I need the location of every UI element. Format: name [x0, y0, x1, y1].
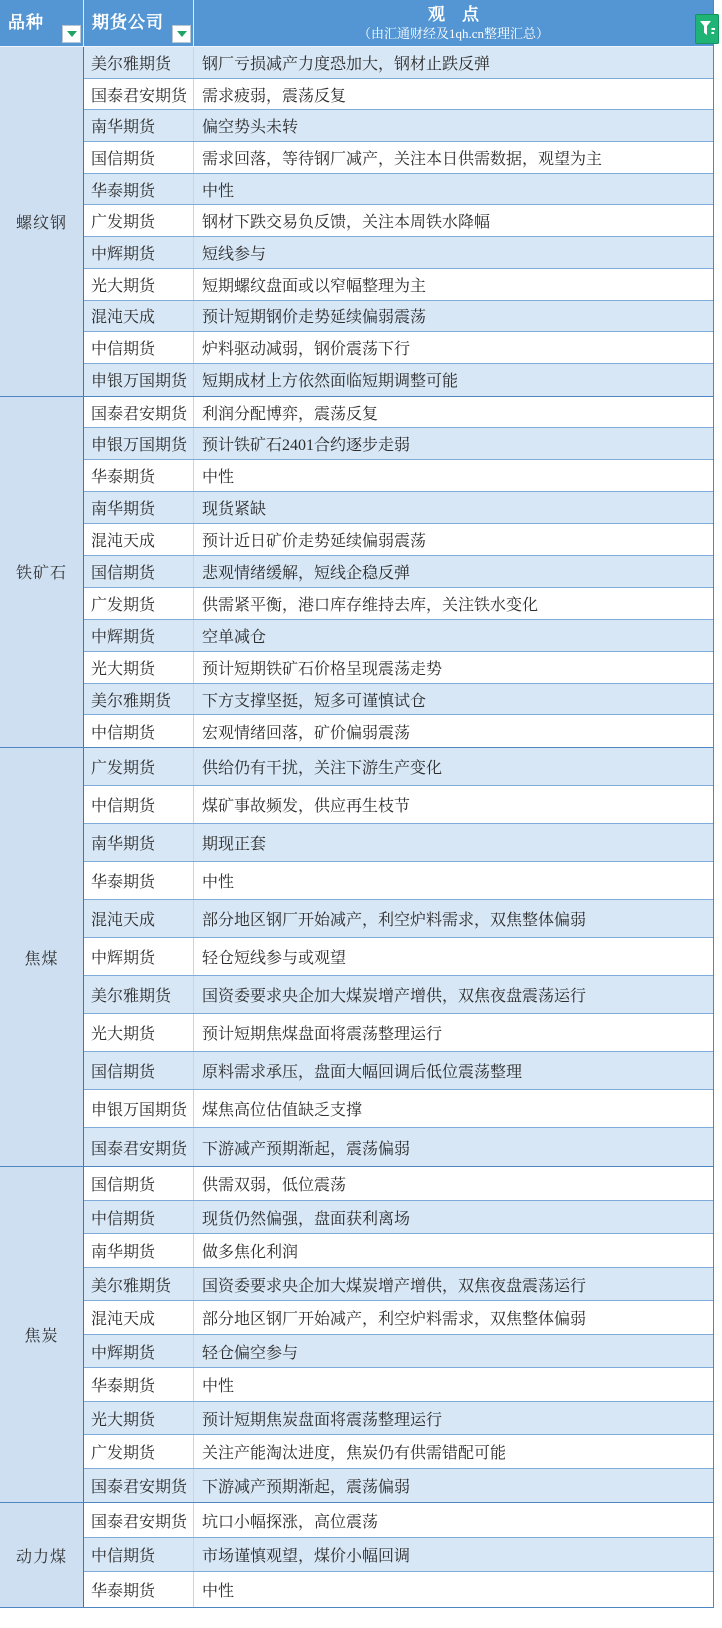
chevron-down-icon — [67, 31, 77, 37]
company-cell: 国信期货 — [84, 142, 194, 173]
table-header-row: 品种 期货公司 观 点 （由汇通财经及1qh.cn整理汇总） — [0, 0, 713, 47]
company-cell: 中信期货 — [84, 786, 194, 823]
table-row: 光大期货 预计短期焦炭盘面将震荡整理运行 — [84, 1402, 713, 1436]
view-cell: 供需紧平衡，港口库存维持去库，关注铁水变化 — [194, 592, 713, 615]
company-cell: 中信期货 — [84, 332, 194, 363]
view-cell: 预计短期钢价走势延续偏弱震荡 — [194, 304, 713, 327]
company-cell: 国泰君安期货 — [84, 397, 194, 428]
view-cell: 轻仓短线参与或观望 — [194, 945, 713, 968]
view-cell: 国资委要求央企加大煤炭增产增供，双焦夜盘震荡运行 — [194, 1273, 713, 1296]
view-cell: 中性 — [194, 1578, 713, 1601]
table-row: 申银万国期货 短期成材上方依然面临短期调整可能 — [84, 364, 713, 396]
table-row: 国泰君安期货 坑口小幅探涨，高位震荡 — [84, 1503, 713, 1538]
variety-cell: 焦煤 — [0, 748, 84, 1166]
company-cell: 国泰君安期货 — [84, 1469, 194, 1503]
view-cell: 下游减产预期渐起，震荡偏弱 — [194, 1474, 713, 1497]
view-cell: 做多焦化利润 — [194, 1239, 713, 1262]
table-row: 国信期货 悲观情绪缓解，短线企稳反弹 — [84, 556, 713, 588]
view-cell: 坑口小幅探涨，高位震荡 — [194, 1509, 713, 1532]
commodity-section: 铁矿石 国泰君安期货 利润分配博弈，震荡反复 申银万国期货 预计铁矿石2401合… — [0, 397, 713, 749]
table-row: 中信期货 市场谨慎观望，煤价小幅回调 — [84, 1538, 713, 1573]
commodity-section: 动力煤 国泰君安期货 坑口小幅探涨，高位震荡 中信期货 市场谨慎观望，煤价小幅回… — [0, 1503, 713, 1607]
variety-cell: 螺纹钢 — [0, 47, 84, 396]
company-cell: 国信期货 — [84, 1167, 194, 1200]
view-cell: 炉料驱动减弱，钢价震荡下行 — [194, 336, 713, 359]
table-row: 广发期货 钢材下跌交易负反馈，关注本周铁水降幅 — [84, 205, 713, 237]
company-filter-dropdown[interactable] — [172, 25, 191, 43]
view-cell: 供需双弱，低位震荡 — [194, 1172, 713, 1195]
table-row: 美尔雅期货 国资委要求央企加大煤炭增产增供，双焦夜盘震荡运行 — [84, 1268, 713, 1302]
company-cell: 广发期货 — [84, 748, 194, 785]
view-cell: 下游减产预期渐起，震荡偏弱 — [194, 1136, 713, 1159]
view-cell: 短期螺纹盘面或以窄幅整理为主 — [194, 273, 713, 296]
company-cell: 混沌天成 — [84, 1301, 194, 1334]
company-cell: 华泰期货 — [84, 1572, 194, 1607]
company-cell: 中辉期货 — [84, 938, 194, 975]
view-cell: 短线参与 — [194, 241, 713, 264]
table-row: 中信期货 宏观情绪回落，矿价偏弱震荡 — [84, 715, 713, 747]
company-cell: 南华期货 — [84, 824, 194, 861]
company-cell: 国信期货 — [84, 1052, 194, 1089]
company-cell: 华泰期货 — [84, 460, 194, 491]
table-row: 南华期货 现货紧缺 — [84, 492, 713, 524]
company-cell: 混沌天成 — [84, 900, 194, 937]
company-cell: 南华期货 — [84, 110, 194, 141]
view-cell: 部分地区钢厂开始减产，利空炉料需求，双焦整体偏弱 — [194, 1306, 713, 1329]
table-row: 美尔雅期货 钢厂亏损减产力度恐加大，钢材止跌反弹 — [84, 47, 713, 79]
variety-cell: 动力煤 — [0, 1503, 84, 1607]
company-cell: 广发期货 — [84, 205, 194, 236]
view-cell: 预计短期焦炭盘面将震荡整理运行 — [194, 1407, 713, 1430]
company-cell: 国泰君安期货 — [84, 1503, 194, 1537]
commodity-section: 焦炭 国信期货 供需双弱，低位震荡 中信期货 现货仍然偏强，盘面获利离场 南华期… — [0, 1167, 713, 1503]
company-cell: 华泰期货 — [84, 174, 194, 205]
view-cell: 部分地区钢厂开始减产，利空炉料需求，双焦整体偏弱 — [194, 907, 713, 930]
view-cell: 宏观情绪回落，矿价偏弱震荡 — [194, 720, 713, 743]
section-rows: 国泰君安期货 利润分配博弈，震荡反复 申银万国期货 预计铁矿石2401合约逐步走… — [84, 397, 713, 748]
company-cell: 中辉期货 — [84, 237, 194, 268]
variety-cell: 焦炭 — [0, 1167, 84, 1502]
company-cell: 光大期货 — [84, 652, 194, 683]
view-cell: 供给仍有干扰，关注下游生产变化 — [194, 755, 713, 778]
company-cell: 混沌天成 — [84, 301, 194, 332]
company-cell: 中辉期货 — [84, 620, 194, 651]
company-cell: 南华期货 — [84, 1234, 194, 1267]
view-cell: 中性 — [194, 464, 713, 487]
table-row: 南华期货 期现正套 — [84, 824, 713, 862]
company-cell: 中信期货 — [84, 1201, 194, 1234]
table-row: 混沌天成 预计短期钢价走势延续偏弱震荡 — [84, 301, 713, 333]
view-cell: 下方支撑坚挺，短多可谨慎试仓 — [194, 688, 713, 711]
commodity-section: 螺纹钢 美尔雅期货 钢厂亏损减产力度恐加大，钢材止跌反弹 国泰君安期货 需求疲弱… — [0, 47, 713, 397]
table-row: 南华期货 做多焦化利润 — [84, 1234, 713, 1268]
table-row: 光大期货 预计短期铁矿石价格呈现震荡走势 — [84, 652, 713, 684]
company-cell: 中信期货 — [84, 1538, 194, 1572]
table-row: 南华期货 偏空势头未转 — [84, 110, 713, 142]
table-row: 光大期货 预计短期焦煤盘面将震荡整理运行 — [84, 1014, 713, 1052]
section-rows: 国信期货 供需双弱，低位震荡 中信期货 现货仍然偏强，盘面获利离场 南华期货 做… — [84, 1167, 713, 1502]
company-cell: 光大期货 — [84, 1014, 194, 1051]
table-row: 混沌天成 部分地区钢厂开始减产，利空炉料需求，双焦整体偏弱 — [84, 1301, 713, 1335]
view-cell: 利润分配博弈，震荡反复 — [194, 401, 713, 424]
company-cell: 国信期货 — [84, 556, 194, 587]
table-row: 中信期货 煤矿事故频发，供应再生枝节 — [84, 786, 713, 824]
table-row: 中信期货 现货仍然偏强，盘面获利离场 — [84, 1201, 713, 1235]
view-cell: 预计铁矿石2401合约逐步走弱 — [194, 432, 713, 455]
view-cell: 预计近日矿价走势延续偏弱震荡 — [194, 528, 713, 551]
table-row: 华泰期货 中性 — [84, 174, 713, 206]
table-row: 国信期货 需求回落，等待钢厂减产，关注本日供需数据，观望为主 — [84, 142, 713, 174]
company-cell: 申银万国期货 — [84, 1090, 194, 1127]
view-cell: 空单减仓 — [194, 624, 713, 647]
company-cell: 广发期货 — [84, 1435, 194, 1468]
table-row: 混沌天成 预计近日矿价走势延续偏弱震荡 — [84, 524, 713, 556]
company-cell: 光大期货 — [84, 1402, 194, 1435]
company-cell: 中辉期货 — [84, 1335, 194, 1368]
variety-filter-dropdown[interactable] — [62, 25, 81, 43]
company-cell: 广发期货 — [84, 588, 194, 619]
table-row: 华泰期货 中性 — [84, 862, 713, 900]
variety-cell: 铁矿石 — [0, 397, 84, 748]
view-cell: 需求回落，等待钢厂减产，关注本日供需数据，观望为主 — [194, 146, 713, 169]
view-cell: 市场谨慎观望，煤价小幅回调 — [194, 1543, 713, 1566]
company-cell: 国泰君安期货 — [84, 1128, 194, 1166]
table-row: 美尔雅期货 国资委要求央企加大煤炭增产增供，双焦夜盘震荡运行 — [84, 976, 713, 1014]
table-row: 国泰君安期货 需求疲弱，震荡反复 — [84, 79, 713, 111]
table-row: 国泰君安期货 利润分配博弈，震荡反复 — [84, 397, 713, 429]
view-cell: 需求疲弱，震荡反复 — [194, 83, 713, 106]
header-cell-view: 观 点 （由汇通财经及1qh.cn整理汇总） — [194, 0, 713, 46]
table-row: 中辉期货 轻仓短线参与或观望 — [84, 938, 713, 976]
table-row: 广发期货 供给仍有干扰，关注下游生产变化 — [84, 748, 713, 786]
company-column-label: 期货公司 — [92, 8, 164, 33]
view-cell: 国资委要求央企加大煤炭增产增供，双焦夜盘震荡运行 — [194, 983, 713, 1006]
table-row: 申银万国期货 预计铁矿石2401合约逐步走弱 — [84, 428, 713, 460]
table-row: 申银万国期货 煤焦高位估值缺乏支撑 — [84, 1090, 713, 1128]
view-cell: 现货仍然偏强，盘面获利离场 — [194, 1206, 713, 1229]
table-row: 光大期货 短期螺纹盘面或以窄幅整理为主 — [84, 269, 713, 301]
company-cell: 华泰期货 — [84, 862, 194, 899]
table-row: 广发期货 关注产能淘汰进度，焦炭仍有供需错配可能 — [84, 1435, 713, 1469]
view-cell: 偏空势头未转 — [194, 114, 713, 137]
company-cell: 光大期货 — [84, 269, 194, 300]
filter-funnel-icon[interactable] — [695, 14, 719, 44]
table-row: 美尔雅期货 下方支撑坚挺，短多可谨慎试仓 — [84, 684, 713, 716]
view-cell: 短期成材上方依然面临短期调整可能 — [194, 368, 713, 391]
company-cell: 美尔雅期货 — [84, 1268, 194, 1301]
view-cell: 中性 — [194, 178, 713, 201]
view-cell: 煤焦高位估值缺乏支撑 — [194, 1097, 713, 1120]
table-row: 中辉期货 短线参与 — [84, 237, 713, 269]
futures-views-table: 品种 期货公司 观 点 （由汇通财经及1qh.cn整理汇总） 螺纹钢 美尔雅期货… — [0, 0, 714, 1608]
view-cell: 悲观情绪缓解，短线企稳反弹 — [194, 560, 713, 583]
company-cell: 混沌天成 — [84, 524, 194, 555]
table-row: 华泰期货 中性 — [84, 1572, 713, 1607]
table-row: 中辉期货 空单减仓 — [84, 620, 713, 652]
view-cell: 预计短期铁矿石价格呈现震荡走势 — [194, 656, 713, 679]
company-cell: 华泰期货 — [84, 1368, 194, 1401]
header-cell-company: 期货公司 — [84, 0, 194, 46]
view-cell: 中性 — [194, 869, 713, 892]
view-cell: 钢厂亏损减产力度恐加大，钢材止跌反弹 — [194, 51, 713, 74]
table-row: 国信期货 供需双弱，低位震荡 — [84, 1167, 713, 1201]
table-row: 国泰君安期货 下游减产预期渐起，震荡偏弱 — [84, 1128, 713, 1166]
table-row: 中辉期货 轻仓偏空参与 — [84, 1335, 713, 1369]
table-row: 华泰期货 中性 — [84, 1368, 713, 1402]
view-cell: 预计短期焦煤盘面将震荡整理运行 — [194, 1021, 713, 1044]
view-cell: 期现正套 — [194, 831, 713, 854]
header-cell-variety: 品种 — [0, 0, 84, 46]
view-column-label: 观 点 — [428, 4, 479, 25]
section-rows: 美尔雅期货 钢厂亏损减产力度恐加大，钢材止跌反弹 国泰君安期货 需求疲弱，震荡反… — [84, 47, 713, 396]
company-cell: 美尔雅期货 — [84, 684, 194, 715]
view-column-subtitle: （由汇通财经及1qh.cn整理汇总） — [358, 26, 549, 42]
table-row: 广发期货 供需紧平衡，港口库存维持去库，关注铁水变化 — [84, 588, 713, 620]
table-body: 螺纹钢 美尔雅期货 钢厂亏损减产力度恐加大，钢材止跌反弹 国泰君安期货 需求疲弱… — [0, 47, 713, 1607]
company-cell: 申银万国期货 — [84, 428, 194, 459]
view-cell: 钢材下跌交易负反馈，关注本周铁水降幅 — [194, 209, 713, 232]
view-cell: 中性 — [194, 1373, 713, 1396]
section-rows: 国泰君安期货 坑口小幅探涨，高位震荡 中信期货 市场谨慎观望，煤价小幅回调 华泰… — [84, 1503, 713, 1607]
company-cell: 国泰君安期货 — [84, 79, 194, 110]
table-row: 混沌天成 部分地区钢厂开始减产，利空炉料需求，双焦整体偏弱 — [84, 900, 713, 938]
table-row: 中信期货 炉料驱动减弱，钢价震荡下行 — [84, 332, 713, 364]
table-row: 国泰君安期货 下游减产预期渐起，震荡偏弱 — [84, 1469, 713, 1503]
company-cell: 中信期货 — [84, 715, 194, 747]
commodity-section: 焦煤 广发期货 供给仍有干扰，关注下游生产变化 中信期货 煤矿事故频发，供应再生… — [0, 748, 713, 1167]
view-cell: 现货紧缺 — [194, 496, 713, 519]
company-cell: 南华期货 — [84, 492, 194, 523]
section-rows: 广发期货 供给仍有干扰，关注下游生产变化 中信期货 煤矿事故频发，供应再生枝节 … — [84, 748, 713, 1166]
company-cell: 申银万国期货 — [84, 364, 194, 396]
view-cell: 原料需求承压，盘面大幅回调后低位震荡整理 — [194, 1059, 713, 1082]
view-cell: 关注产能淘汰进度，焦炭仍有供需错配可能 — [194, 1440, 713, 1463]
variety-column-label: 品种 — [8, 8, 44, 33]
view-cell: 轻仓偏空参与 — [194, 1340, 713, 1363]
view-cell: 煤矿事故频发，供应再生枝节 — [194, 793, 713, 816]
chevron-down-icon — [177, 31, 187, 37]
table-row: 华泰期货 中性 — [84, 460, 713, 492]
company-cell: 美尔雅期货 — [84, 976, 194, 1013]
table-row: 国信期货 原料需求承压，盘面大幅回调后低位震荡整理 — [84, 1052, 713, 1090]
company-cell: 美尔雅期货 — [84, 47, 194, 78]
futures-views-page: 品种 期货公司 观 点 （由汇通财经及1qh.cn整理汇总） 螺纹钢 美尔雅期货… — [0, 0, 722, 1628]
